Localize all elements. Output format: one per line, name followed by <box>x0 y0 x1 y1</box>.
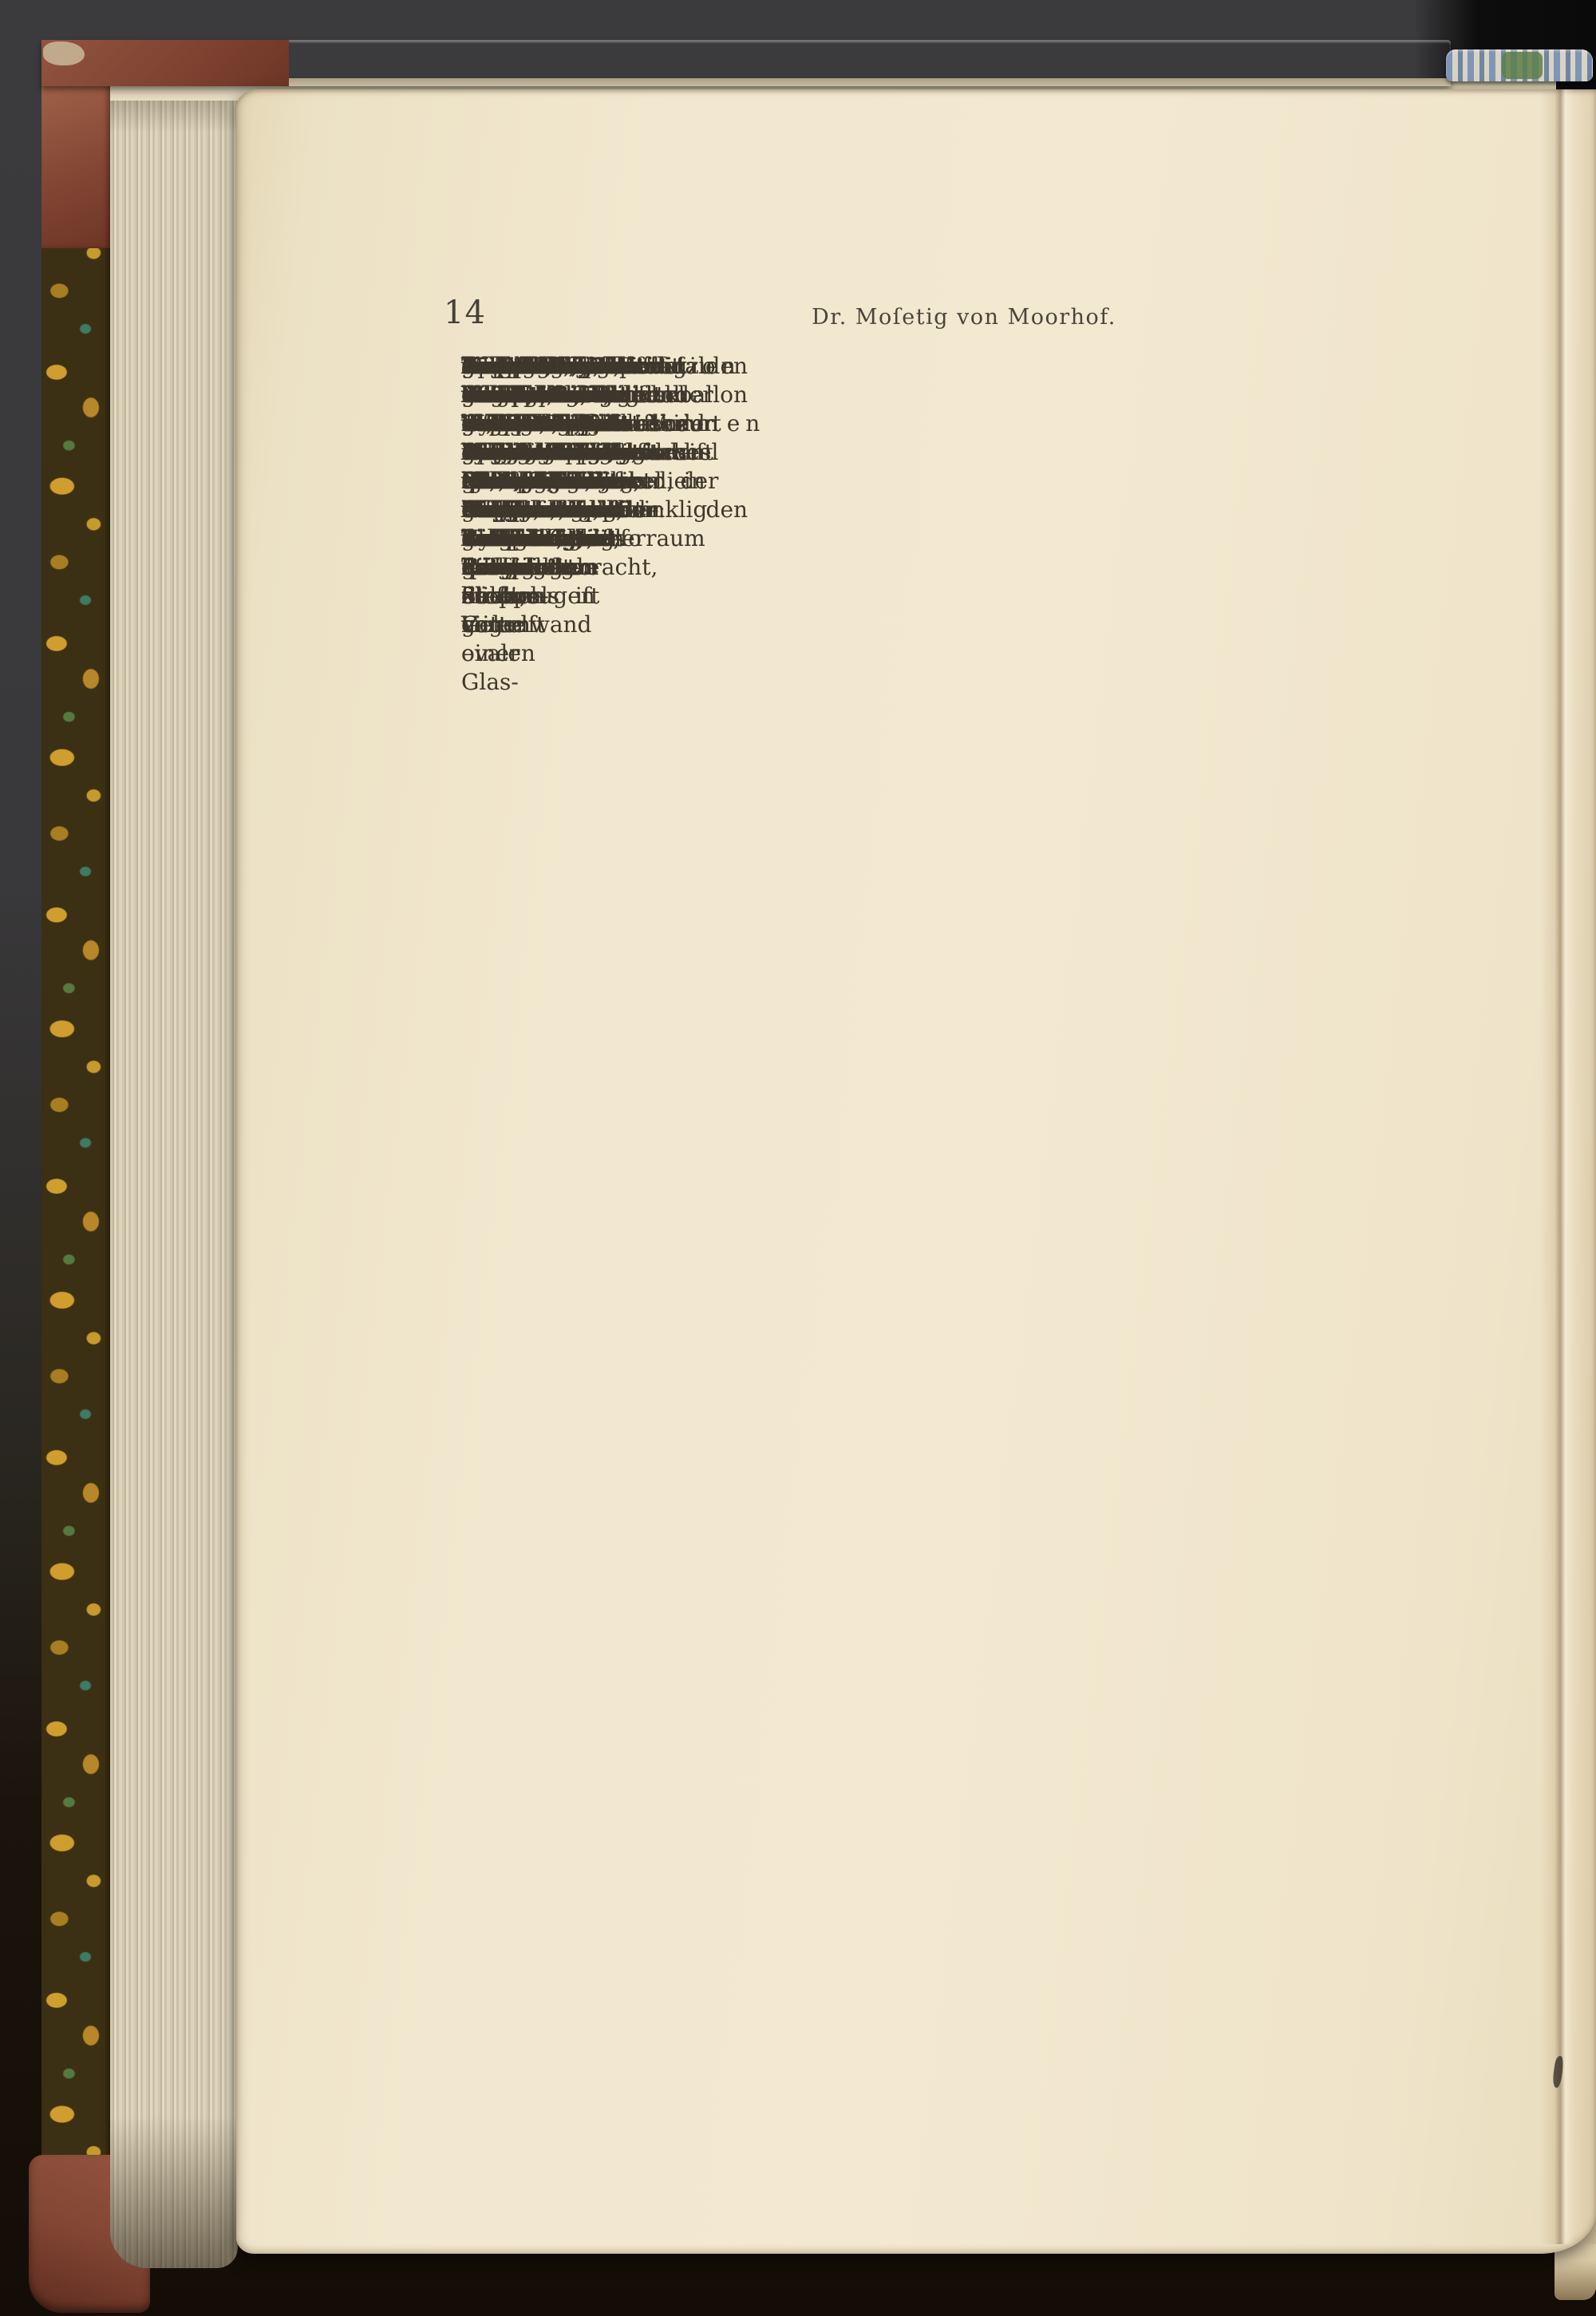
running-header: Dr. Moſetig von Moorhof. <box>725 305 1203 330</box>
page-number: 14 <box>444 295 539 330</box>
text-segment: läſst nun den Ballon aus; indem er ſich … <box>461 352 610 582</box>
cover-board-marbled-edge <box>41 85 110 2160</box>
leather-corner-top-left <box>41 85 110 248</box>
headband <box>1446 49 1593 81</box>
headband-green-thread <box>1502 52 1543 79</box>
book-photograph: 14 Dr. Moſetig von Moorhof. getrieben, d… <box>0 0 1596 2316</box>
worn-leather-patch <box>43 41 85 65</box>
book-page <box>236 89 1596 2254</box>
cover-board-top-edge <box>41 40 1451 86</box>
page-stack-fore-edge <box>110 78 238 2268</box>
